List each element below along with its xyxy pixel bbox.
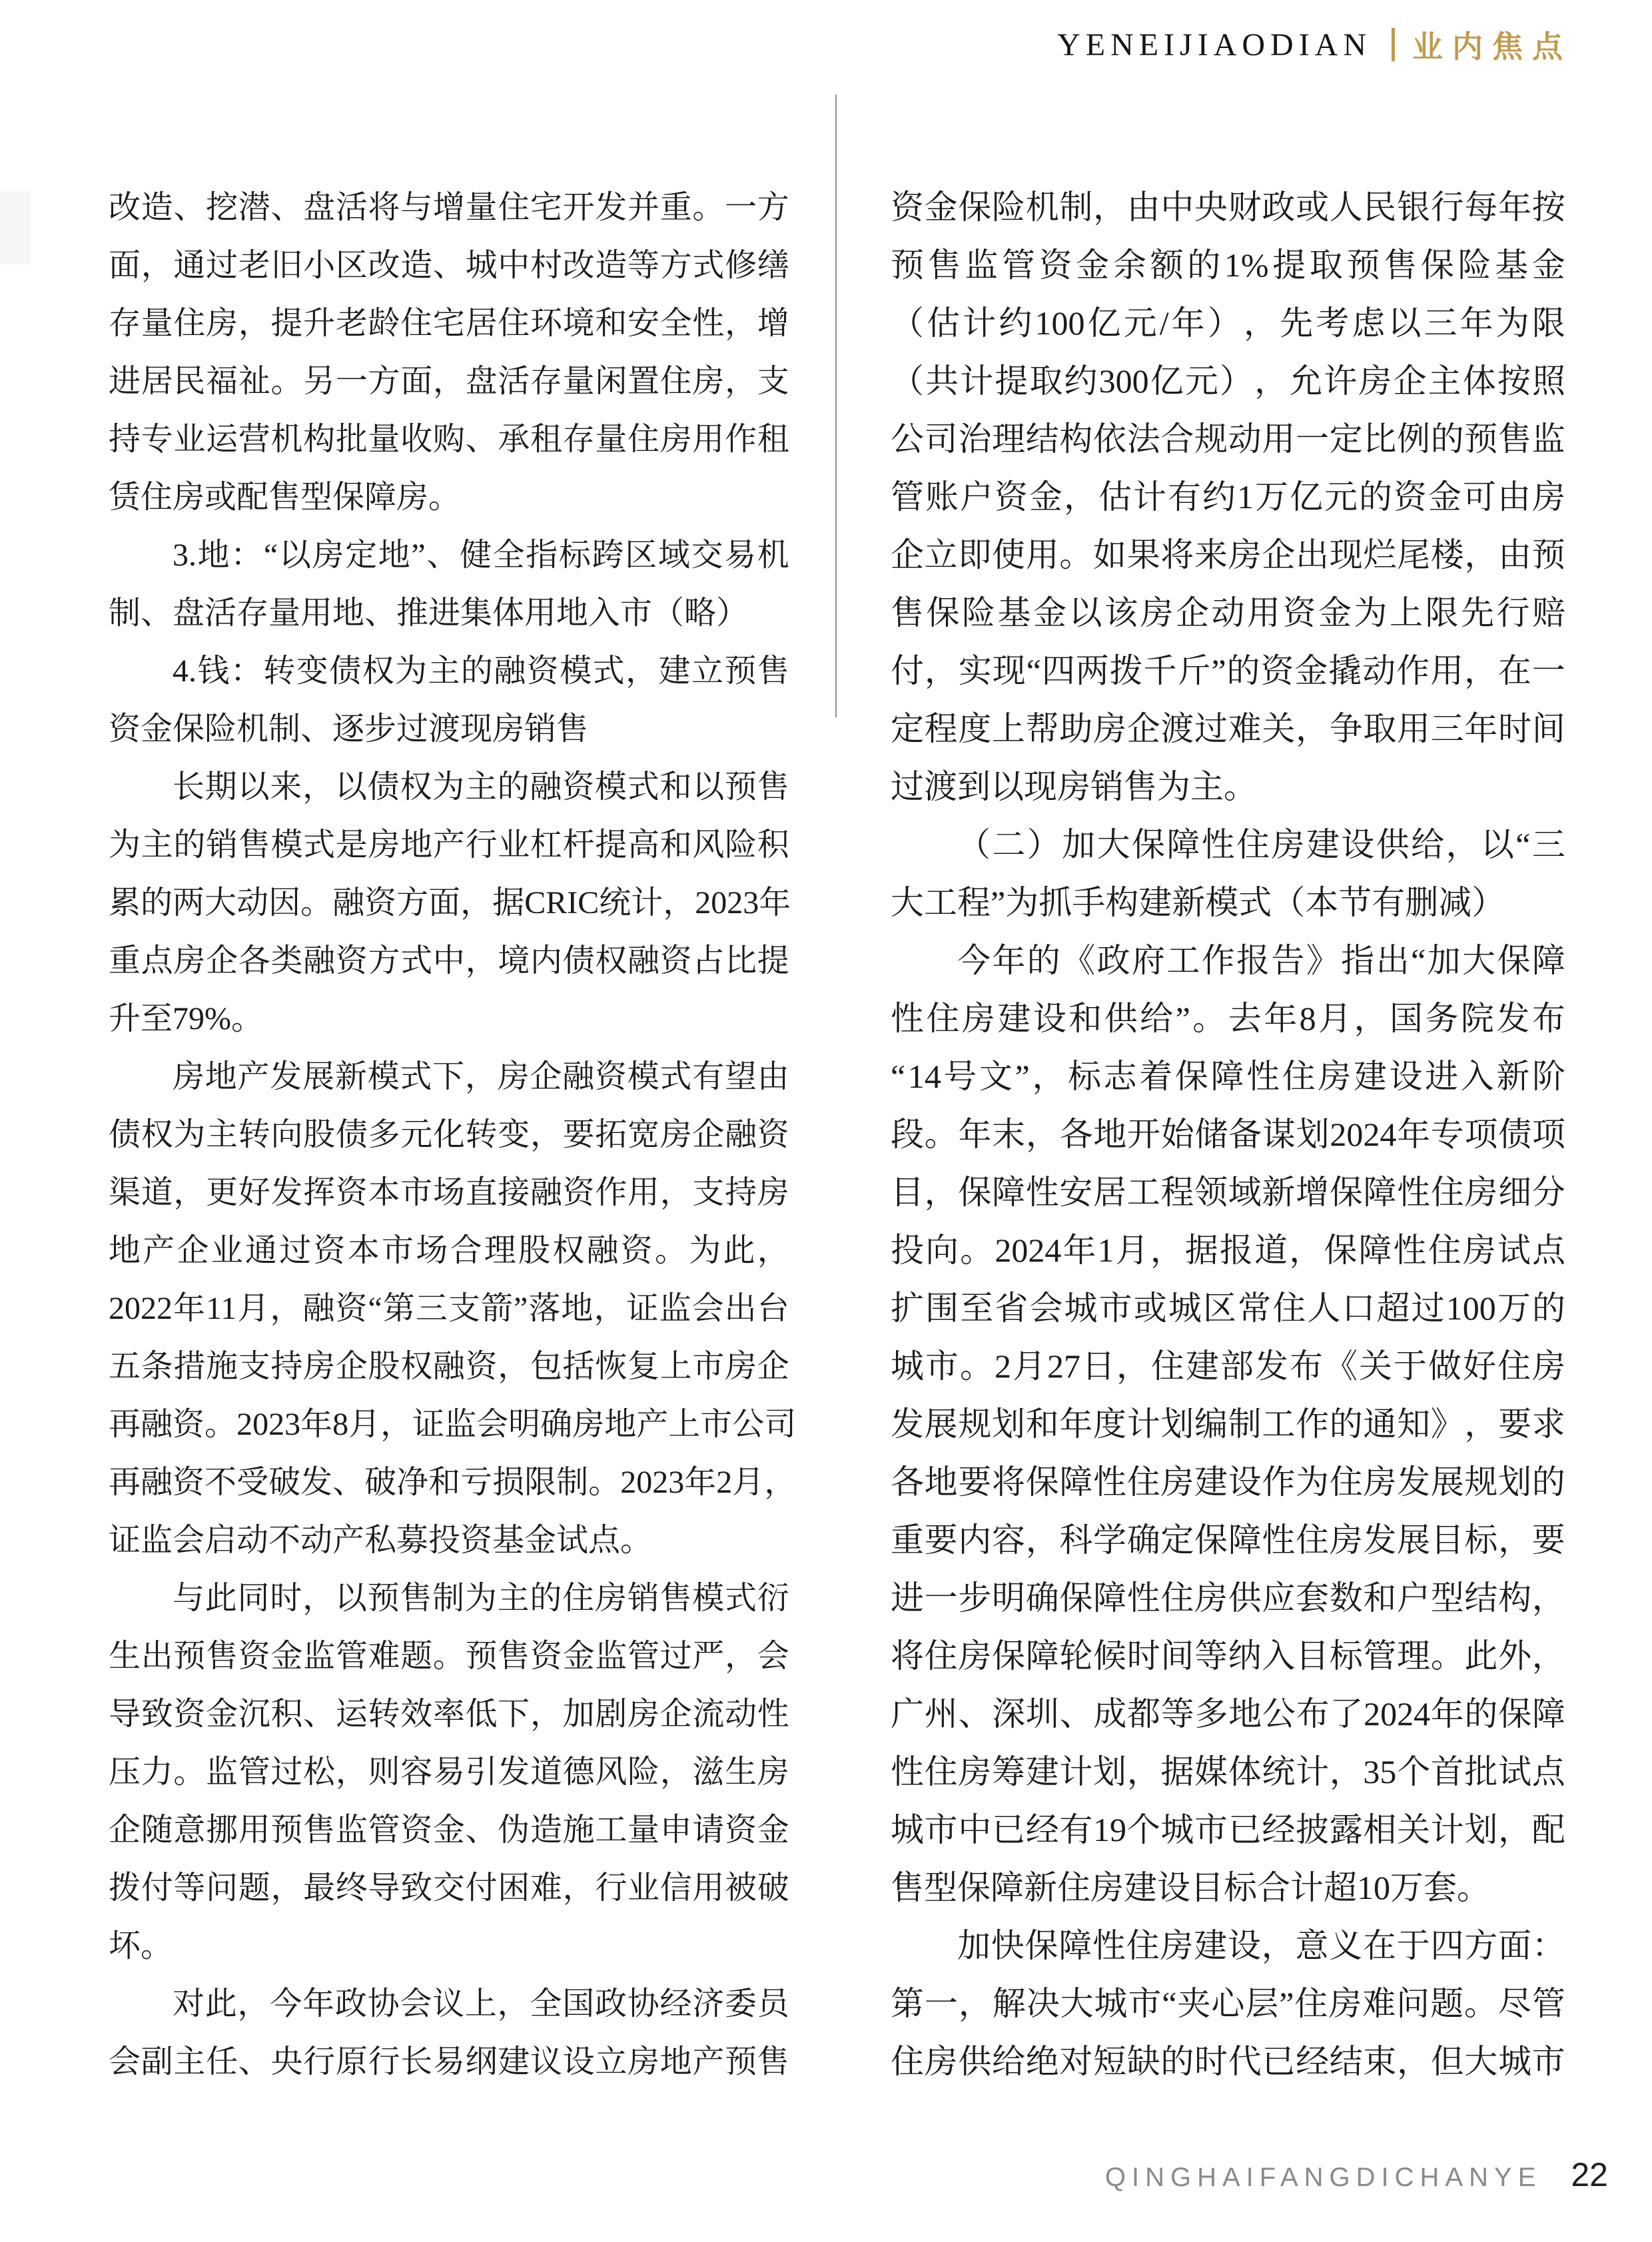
text-line: 目，保障性安居工程领域新增保障性住房细分 [891,1164,1565,1222]
text-line: 加快保障性住房建设，意义在于四方面： [891,1917,1565,1975]
text-line: 压力。监管过松，则容易引发道德风险，滋生房 [109,1743,789,1801]
text-line: 扩围至省会城市或城区常住人口超过100万的 [891,1280,1565,1337]
text-line: 大工程”为抓手构建新模式（本节有删减） [891,874,1565,932]
header-divider-bar [1392,28,1395,61]
text-line: 生出预售资金监管难题。预售资金监管过严，会 [109,1627,789,1685]
text-line: 定程度上帮助房企渡过难关，争取用三年时间 [891,700,1565,758]
magazine-page: YENEIJIAODIAN 业内焦点 改造、挖潜、盘活将与增量住宅开发并重。一方… [0,0,1652,2242]
text-line: 拨付等问题，最终导致交付困难，行业信用被破 [109,1859,789,1917]
text-line: 制、盘活存量用地、推进集体用地入市（略） [109,584,789,642]
text-line: 重要内容，科学确定保障性住房发展目标，要 [891,1511,1565,1569]
text-line: 发展规划和年度计划编制工作的通知》，要求 [891,1395,1565,1453]
text-line: 再融资不受破发、破净和亏损限制。2023年2月， [109,1453,789,1511]
text-line: 2022年11月，融资“第三支箭”落地，证监会出台 [109,1280,789,1337]
text-line: 预售监管资金余额的1%提取预售保险基金 [891,236,1565,294]
left-text-column: 改造、挖潜、盘活将与增量住宅开发并重。一方面，通过老旧小区改造、城中村改造等方式… [109,179,789,2091]
text-line: 对此，今年政协会议上，全国政协经济委员 [109,1975,789,2033]
scan-artifact [0,191,31,264]
text-line: 售型保障新住房建设目标合计超10万套。 [891,1859,1565,1917]
text-line: 导致资金沉积、运转效率低下，加剧房企流动性 [109,1685,789,1743]
text-line: 投向。2024年1月，据报道，保障性住房试点 [891,1222,1565,1280]
text-line: 性住房筹建计划，据媒体统计，35个首批试点 [891,1743,1565,1801]
page-footer: QINGHAIFANGDICHANYE 22 [1105,2155,1608,2194]
text-line: 资金保险机制，由中央财政或人民银行每年按 [891,179,1565,236]
text-line: 累的两大动因。融资方面，据CRIC统计，2023年 [109,874,789,932]
text-line: （估计约100亿元/年），先考虑以三年为限 [891,294,1565,352]
text-line: （共计提取约300亿元），允许房企主体按照 [891,352,1565,410]
text-line: 住房供给绝对短缺的时代已经结束，但大城市 [891,2033,1565,2091]
text-line: 今年的《政府工作报告》指出“加大保障 [891,932,1565,990]
text-line: 进居民福祉。另一方面，盘活存量闲置住房，支 [109,352,789,410]
text-line: 地产企业通过资本市场合理股权融资。为此， [109,1222,789,1280]
text-line: 为主的销售模式是房地产行业杠杆提高和风险积 [109,816,789,874]
text-line: 过渡到以现房销售为主。 [891,758,1565,816]
footer-page-number: 22 [1571,2155,1608,2194]
text-line: 性住房建设和供给”。去年8月，国务院发布 [891,990,1565,1048]
text-line: 渠道，更好发挥资本市场直接融资作用，支持房 [109,1164,789,1222]
text-line: 各地要将保障性住房建设作为住房发展规划的 [891,1453,1565,1511]
text-line: 将住房保障轮候时间等纳入目标管理。此外， [891,1627,1565,1685]
text-line: 企立即使用。如果将来房企出现烂尾楼，由预 [891,526,1565,584]
text-line: 3.地：“以房定地”、健全指标跨区域交易机 [109,526,789,584]
text-line: 与此同时，以预售制为主的住房销售模式衍 [109,1569,789,1627]
text-line: 债权为主转向股债多元化转变，要拓宽房企融资 [109,1106,789,1164]
text-line: 段。年末，各地开始储备谋划2024年专项债项 [891,1106,1565,1164]
text-line: 进一步明确保障性住房供应套数和户型结构， [891,1569,1565,1627]
text-line: 存量住房，提升老龄住宅居住环境和安全性，增 [109,294,789,352]
text-line: 坏。 [109,1917,789,1975]
text-line: 企随意挪用预售监管资金、伪造施工量申请资金 [109,1801,789,1859]
text-line: 面，通过老旧小区改造、城中村改造等方式修缮 [109,236,789,294]
text-line: 赁住房或配售型保障房。 [109,468,789,526]
text-line: 城市。2月27日，住建部发布《关于做好住房 [891,1337,1565,1395]
header-title-zh: 业内焦点 [1412,23,1572,67]
text-line: 资金保险机制、逐步过渡现房销售 [109,700,789,758]
text-line: “14号文”，标志着保障性住房建设进入新阶 [891,1048,1565,1106]
footer-journal-name: QINGHAIFANGDICHANYE [1105,2163,1542,2193]
page-header: YENEIJIAODIAN 业内焦点 [1057,23,1572,67]
text-line: 会副主任、央行原行长易纲建议设立房地产预售 [109,2033,789,2091]
text-line: 持专业运营机构批量收购、承租存量住房用作租 [109,410,789,468]
text-line: 售保险基金以该房企动用资金为上限先行赔 [891,584,1565,642]
text-line: 付，实现“四两拨千斤”的资金撬动作用，在一 [891,642,1565,700]
text-line: 公司治理结构依法合规动用一定比例的预售监 [891,410,1565,468]
text-line: 房地产发展新模式下，房企融资模式有望由 [109,1048,789,1106]
text-line: 广州、深圳、成都等多地公布了2024年的保障 [891,1685,1565,1743]
text-line: 管账户资金，估计有约1万亿元的资金可由房 [891,468,1565,526]
header-title-en: YENEIJIAODIAN [1057,27,1372,63]
text-line: 改造、挖潜、盘活将与增量住宅开发并重。一方 [109,179,789,236]
text-line: 4.钱：转变债权为主的融资模式，建立预售 [109,642,789,700]
right-text-column: 资金保险机制，由中央财政或人民银行每年按预售监管资金余额的1%提取预售保险基金（… [891,179,1565,2091]
text-line: 第一，解决大城市“夹心层”住房难问题。尽管 [891,1975,1565,2033]
text-line: 升至79%。 [109,990,789,1048]
text-line: 城市中已经有19个城市已经披露相关计划，配 [891,1801,1565,1859]
text-line: 再融资。2023年8月，证监会明确房地产上市公司 [109,1395,789,1453]
text-line: 证监会启动不动产私募投资基金试点。 [109,1511,789,1569]
text-line: （二）加大保障性住房建设供给，以“三 [891,816,1565,874]
column-divider-line [835,95,837,717]
text-line: 重点房企各类融资方式中，境内债权融资占比提 [109,932,789,990]
text-line: 五条措施支持房企股权融资，包括恢复上市房企 [109,1337,789,1395]
text-line: 长期以来，以债权为主的融资模式和以预售 [109,758,789,816]
